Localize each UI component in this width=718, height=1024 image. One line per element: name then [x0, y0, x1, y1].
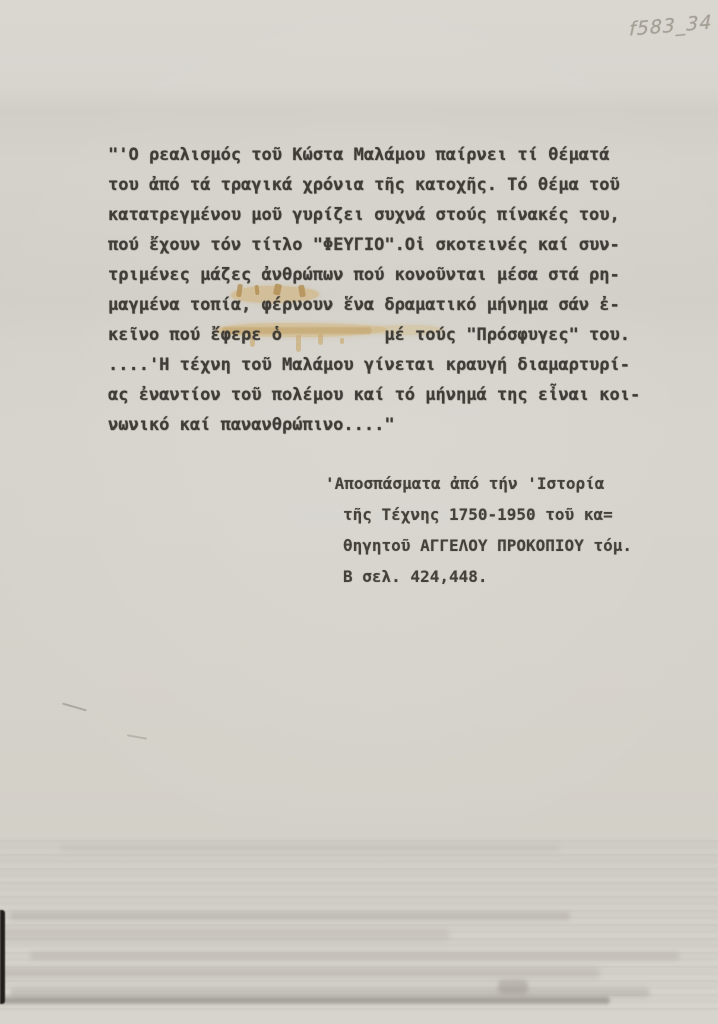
scan-streak — [0, 968, 600, 978]
typed-quote-line: πού ἔχουν τόν τίτλο "ΦΕΥΓΙΟ".Οἱ σκοτεινέ… — [108, 230, 640, 260]
scan-streak-zone — [0, 840, 718, 1010]
scan-streak — [30, 952, 680, 960]
pencil-scuff — [62, 703, 87, 712]
typed-quote-line: τριμένες μάζες ἀνθρώπων πού κονοῦνται μέ… — [108, 260, 640, 290]
archival-note: f583_34 — [629, 11, 713, 40]
scan-edge-artifact — [0, 910, 5, 1004]
scan-streak — [0, 930, 450, 940]
citation-line: 'Αποσπάσματα ἀπό τήν 'Ιστορία — [325, 468, 632, 499]
citation-block: 'Αποσπάσματα ἀπό τήν 'Ιστορίατῆς Τέχνης … — [343, 468, 632, 592]
typed-quote-line: νωνικό καί πανανθρώπινο...." — [108, 410, 640, 440]
citation-line: θηγητοῦ ΑΓΓΕΛΟΥ ΠΡΟΚΟΠΙΟΥ τόμ. — [343, 530, 632, 561]
scan-bottom-line — [0, 997, 610, 1004]
typed-quote-line: του ἀπό τά τραγικά χρόνια τῆς κατοχῆς. Τ… — [108, 170, 640, 200]
pencil-scuff — [127, 734, 147, 739]
typed-quote-line: κατατρεγμένου μοῦ γυρίζει συχνά στούς πί… — [108, 200, 640, 230]
typed-quote-line: ....'Η τέχνη τοῦ Μαλάμου γίνεται κραυγή … — [108, 350, 640, 380]
scan-streak — [10, 988, 650, 997]
scanned-document-page: f583_34 "'Ο ρεαλισμός τοῦ Κώστα Μαλάμου … — [0, 0, 718, 1024]
scan-streak — [60, 845, 560, 852]
scan-streak — [10, 912, 570, 920]
citation-line: τῆς Τέχνης 1750-1950 τοῦ κα= — [343, 499, 632, 530]
typed-quote-line: ας ἐναντίον τοῦ πολέμου καί τό μήνημά τη… — [108, 380, 640, 410]
scan-smudge — [498, 980, 528, 994]
typed-quote-line: μαγμένα τοπία, φέρνουν ἕνα δραματικό μήν… — [108, 290, 640, 320]
typed-quote-line: "'Ο ρεαλισμός τοῦ Κώστα Μαλάμου παίρνει … — [108, 140, 640, 170]
citation-line: Β σελ. 424,448. — [343, 561, 632, 592]
typed-quote-line: κεῖνο πού ἔφερε ὁ μέ τούς "Πρόσφυγες" το… — [108, 320, 640, 350]
typed-quote-block: "'Ο ρεαλισμός τοῦ Κώστα Μαλάμου παίρνει … — [108, 140, 640, 440]
